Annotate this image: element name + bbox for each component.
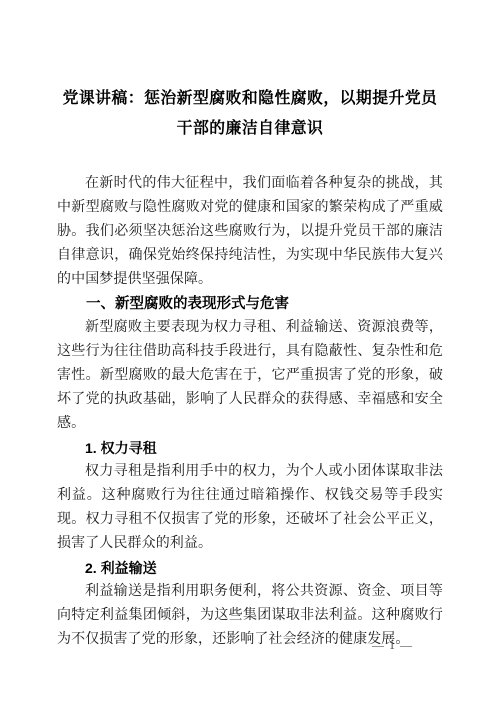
subsection-1-heading: 1. 权力寻租 (57, 436, 443, 460)
section-1-heading: 一、新型腐败的表现形式与危害 (57, 292, 443, 316)
subsection-2-heading: 2. 利益输送 (57, 556, 443, 580)
document-page: 党课讲稿：惩治新型腐败和隐性腐败，以期提升党员干部的廉洁自律意识 在新时代的伟大… (0, 0, 500, 707)
subsection-1-paragraph: 权力寻租是指利用手中的权力，为个人或小团体谋取非法利益。这种腐败行为往往通过暗箱… (57, 460, 443, 556)
page-number: — 1 — (372, 638, 413, 653)
document-title: 党课讲稿：惩治新型腐败和隐性腐败，以期提升党员干部的廉洁自律意识 (57, 84, 443, 144)
section-1-paragraph: 新型腐败主要表现为权力寻租、利益输送、资源浪费等，这些行为往往借助高科技手段进行… (57, 316, 443, 436)
intro-paragraph: 在新时代的伟大征程中，我们面临着各种复杂的挑战，其中新型腐败与隐性腐败对党的健康… (57, 172, 443, 292)
